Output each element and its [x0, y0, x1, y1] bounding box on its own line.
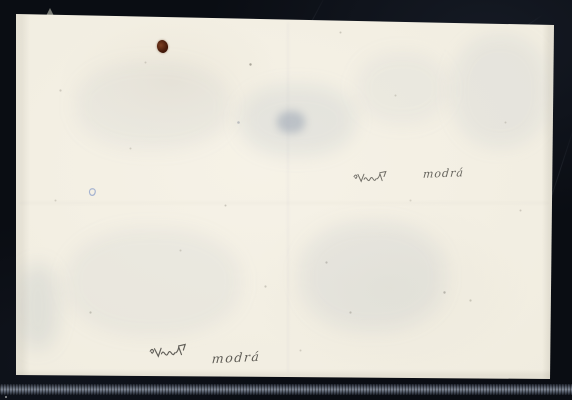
showthrough-top-right: [452, 35, 548, 147]
stamp-block-reverse: modrá modrá: [0, 0, 572, 400]
stamp-column-divider: [287, 22, 289, 372]
showthrough-bottom-right: [300, 222, 445, 330]
expert-signature-icon: [147, 341, 190, 361]
mount-strip: [0, 384, 572, 395]
stamp-row-divider: [20, 202, 548, 204]
photo-stage: modrá modrá: [0, 0, 572, 400]
showthrough-smudge: [277, 111, 305, 133]
showthrough-left-edge: [17, 264, 59, 349]
showthrough-top-left: [75, 62, 230, 150]
showthrough-upper-right: [356, 52, 448, 124]
showthrough-bottom-left: [66, 228, 241, 336]
blue-pen-mark: [87, 187, 99, 199]
paper-speckles: [0, 0, 1, 1]
dust-speck: [5, 396, 7, 398]
expert-signature-icon: [352, 168, 391, 184]
handwriting-modra-top: modrá: [422, 166, 464, 180]
handwriting-modra-bottom: modrá: [211, 349, 261, 367]
